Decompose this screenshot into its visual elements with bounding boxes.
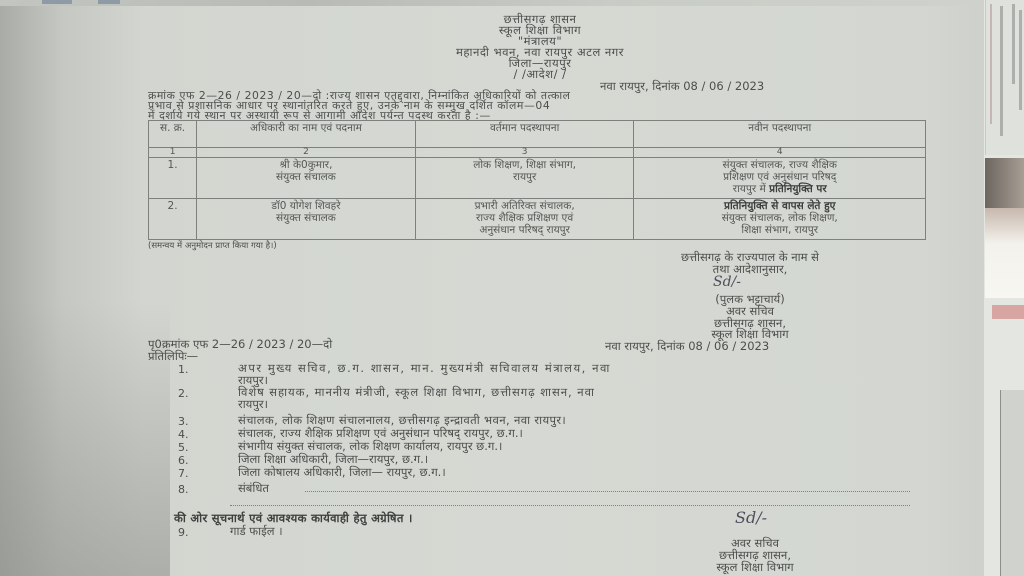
- government-order-document: छत्तीसगढ़ शासन स्कूल शिक्षा विभाग "मंत्र…: [0, 0, 1024, 576]
- copy-item: जिला कोषालय अधिकारी, जिला— रायपुर, छ.ग.।: [238, 466, 446, 478]
- copy-item: जिला शिक्षा अधिकारी, जिला—रायपुर, छ.ग.।: [238, 453, 428, 465]
- copy-item: संभागीय संयुक्त संचालक, लोक शिक्षण कार्य…: [238, 440, 502, 452]
- copy-item: गार्ड फाईल ।: [230, 525, 283, 537]
- column-number: 1: [149, 148, 197, 158]
- new-posting-cell: संयुक्त संचालक, राज्य शैक्षिक प्रशिक्षण …: [634, 158, 926, 199]
- by-order-line: तथा आदेशानुसार,: [600, 263, 900, 275]
- current-posting-line: अनुसंधान परिषद् रायपुर: [420, 224, 630, 236]
- table-row: 1. श्री के0कुमार, संयुक्त संचालक लोक शिक…: [149, 158, 926, 199]
- copy-item-number: 7.: [178, 468, 189, 480]
- table-header: नवीन पदस्थापना: [634, 121, 926, 148]
- current-posting-line: रायपुर: [420, 171, 630, 183]
- signature-mark: Sd/-: [735, 508, 767, 527]
- current-posting-line: लोक शिक्षण, शिक्षा संभाग,: [420, 159, 630, 171]
- copy-item-number: 2.: [178, 388, 189, 400]
- copy-item-number: 9.: [178, 527, 189, 539]
- officer-designation: संयुक्त संचालक: [201, 212, 411, 224]
- transfer-table: स. क्र. अधिकारी का नाम एवं पदनाम वर्तमान…: [148, 120, 926, 240]
- order-date: नवा रायपुर, दिनांक 08 / 06 / 2023: [600, 80, 764, 92]
- copy-item-number: 5.: [178, 442, 189, 454]
- table-header: स. क्र.: [149, 121, 197, 148]
- signature-mark: Sd/-: [713, 274, 741, 290]
- endorsement-date: नवा रायपुर, दिनांक 08 / 06 / 2023: [605, 340, 769, 352]
- officer-cell: डॉ0 योगेश शिवहरे संयुक्त संचालक: [197, 199, 416, 240]
- current-posting-cell: लोक शिक्षण, शिक्षा संभाग, रायपुर: [415, 158, 634, 199]
- officer-name: श्री के0कुमार,: [201, 159, 411, 171]
- signatory-department: स्कूल शिक्षा विभाग: [680, 561, 830, 573]
- new-posting-line: रायपुर में प्रतिनियुक्ति पर: [638, 183, 921, 195]
- new-posting-cell: प्रतिनियुक्ति से वापस लेते हुए संयुक्त स…: [634, 199, 926, 240]
- officer-name: डॉ0 योगेश शिवहरे: [201, 200, 411, 212]
- table-header: अधिकारी का नाम एवं पदनाम: [197, 121, 416, 148]
- new-posting-line: प्रशिक्षण एवं अनुसंधान परिषद्: [638, 171, 921, 183]
- new-posting-line: संयुक्त संचालक, लोक शिक्षण,: [638, 212, 921, 224]
- copy-item: अपर मुख्य सचिव, छ.ग. शासन, मान. मुख्यमंत…: [238, 362, 611, 374]
- current-posting-line: राज्य शैक्षिक प्रशिक्षण एवं: [420, 212, 630, 224]
- officer-designation: संयुक्त संचालक: [201, 171, 411, 183]
- deputation-text: प्रतिनियुक्ति पर: [769, 183, 827, 195]
- new-posting-text: रायपुर में: [733, 183, 769, 195]
- table-header: वर्तमान पदस्थापना: [415, 121, 634, 148]
- current-posting-line: प्रभारी अतिरिक्त संचालक,: [420, 200, 630, 212]
- table-row: 2. डॉ0 योगेश शिवहरे संयुक्त संचालक प्रभा…: [149, 199, 926, 240]
- blank-fill-line: [230, 505, 910, 506]
- table-footnote: (समन्वय में अनुमोदन प्राप्त किया गया है।…: [148, 240, 277, 252]
- column-number: 3: [415, 148, 634, 158]
- copy-item-number: 6.: [178, 455, 189, 467]
- copy-item-number: 4.: [178, 429, 189, 441]
- column-number: 4: [634, 148, 926, 158]
- copy-item: विशेष सहायक, माननीय मंत्रीजी, स्कूल शिक्…: [238, 386, 595, 398]
- forward-line: की ओर सूचनार्थ एवं आवश्यक कार्यवाही हेतु…: [174, 512, 413, 524]
- serial-number: 2.: [149, 199, 197, 240]
- table-column-number-row: 1 2 3 4: [149, 148, 926, 158]
- column-number: 2: [197, 148, 416, 158]
- copy-item-number: 1.: [178, 364, 189, 376]
- copy-item-number: 3.: [178, 416, 189, 428]
- blank-fill-line: [305, 491, 910, 492]
- copy-item-continued: रायपुर।: [238, 398, 268, 410]
- copy-to-label: प्रतिलिपिः—: [148, 350, 198, 362]
- new-posting-line: संयुक्त संचालक, राज्य शैक्षिक: [638, 159, 921, 171]
- new-posting-line: शिक्षा संभाग, रायपुर: [638, 224, 921, 236]
- table-header-row: स. क्र. अधिकारी का नाम एवं पदनाम वर्तमान…: [149, 121, 926, 148]
- deputation-return-text: प्रतिनियुक्ति से वापस लेते हुए: [638, 200, 921, 212]
- copy-item: संबंधित: [238, 482, 269, 494]
- copy-item: संचालक, राज्य शैक्षिक प्रशिक्षण एवं अनुस…: [238, 427, 523, 439]
- copy-item-number: 8.: [178, 484, 189, 496]
- officer-cell: श्री के0कुमार, संयुक्त संचालक: [197, 158, 416, 199]
- serial-number: 1.: [149, 158, 197, 199]
- current-posting-cell: प्रभारी अतिरिक्त संचालक, राज्य शैक्षिक प…: [415, 199, 634, 240]
- copy-item: संचालक, लोक शिक्षण संचालनालय, छत्तीसगढ़ …: [238, 414, 566, 426]
